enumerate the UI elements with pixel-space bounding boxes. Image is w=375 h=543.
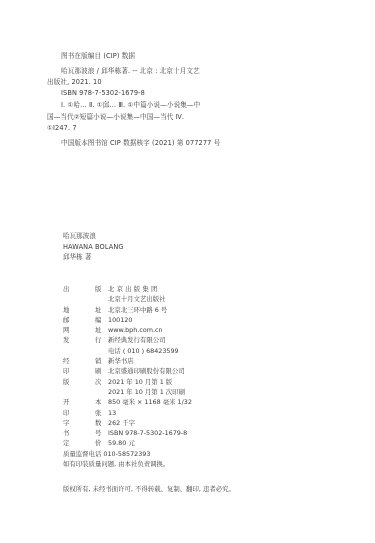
colophon-row-format: 开本 850 毫米 × 1168 毫米 1/32 [63,397,323,407]
row-value: 新经典发行有限公司 [108,335,323,345]
row-value: ISBN 978-7-5302-1679-8 [108,428,323,438]
row-value: www.bph.com.cn [108,325,323,335]
colophon-row-address: 地址 北京北三环中路 6 号 [63,305,323,315]
colophon-row-website: 网址 www.bph.com.cn [63,325,323,335]
row-value: 2021 年 10 月第 1 次印刷 [63,387,323,397]
row-value: 850 毫米 × 1168 毫米 1/32 [108,397,323,407]
colophon-row-price: 定价 59.80 元 [63,438,323,448]
row-label: 邮编 [63,315,108,325]
rights-notice: 版权所有, 未经书面许可, 不得转载、复制、翻印, 违者必究。 [63,484,235,493]
row-label: 版次 [63,377,108,387]
cip-line: Ⅰ. ①哈… Ⅱ. ①邱… Ⅲ. ①中篇小说—小说集—中 [61,101,200,110]
row-value: 北京出版集团 [108,284,323,294]
colophon-row-distributor: 发行 新经典发行有限公司 [63,335,323,345]
row-label: 网址 [63,325,108,335]
row-label: 印张 [63,408,108,418]
book-title-cn: 哈瓦那波浪 [63,231,124,242]
book-title-pinyin: HAWANA BOLANG [63,242,124,253]
colophon-row-sheets: 印张 13 [63,408,323,418]
row-label: 印刷 [63,366,108,376]
colophon-row-publisher: 出版 北京出版集团 [63,284,323,294]
quality-note: 如有印装质量问题, 由本社负责调换。 [63,459,323,469]
row-value: 59.80 元 [108,438,323,448]
row-value: 北京北三环中路 6 号 [108,305,323,315]
row-label: 发行 [63,335,108,345]
colophon-row-wordcount: 字数 262 千字 [63,418,323,428]
row-value: 电话 ( 010 ) 68423599 [63,346,323,356]
colophon-row-isbn: 书号 ISBN 978-7-5302-1679-8 [63,428,323,438]
book-author: 邱华栋 著 [63,252,124,263]
row-label: 开本 [63,397,108,407]
row-label: 出版 [63,284,108,294]
colophon-row-postcode: 邮编 100120 [63,315,323,325]
row-value: 100120 [108,315,323,325]
cip-line: 出版社, 2021. 10 [47,78,102,87]
cip-record-number: 中国版本图书馆 CIP 数据核字 (2021) 第 077277 号 [61,139,220,148]
row-label: 书号 [63,428,108,438]
cip-line: 国—当代②短篇小说—小说集—中国—当代 Ⅳ. [47,113,184,122]
quality-hotline: 质量监督电话 010-58572393 [63,449,323,459]
row-label: 经销 [63,356,108,366]
colophon-row-edition: 版次 2021 年 10 月第 1 版 [63,377,323,387]
cip-line: ①I247. 7 [47,124,77,133]
colophon-row-printer: 印刷 北京盛通印刷股份有限公司 [63,366,323,376]
row-value: 13 [108,408,323,418]
cip-line: 哈瓦那波浪 / 邱华栋著. -- 北京 : 北京十月文艺 [61,67,200,76]
row-value: 新华书店 [108,356,323,366]
colophon-row-printing: 2021 年 10 月第 1 次印刷 [63,387,323,397]
row-value: 北京十月文艺出版社 [63,294,323,304]
cip-line: ISBN 978-7-5302-1679-8 [61,89,145,98]
book-title-block: 哈瓦那波浪 HAWANA BOLANG 邱华栋 著 [63,231,124,263]
row-label: 定价 [63,438,108,448]
row-label: 字数 [63,418,108,428]
colophon-row-phone: 电话 ( 010 ) 68423599 [63,346,323,356]
colophon-row-publisher-2: 北京十月文艺出版社 [63,294,323,304]
row-label: 地址 [63,305,108,315]
cip-heading: 图书在版编目 (CIP) 数据 [61,52,135,61]
colophon: 出版 北京出版集团 北京十月文艺出版社 地址 北京北三环中路 6 号 邮编 10… [63,284,323,469]
row-value: 北京盛通印刷股份有限公司 [108,366,323,376]
row-value: 262 千字 [108,418,323,428]
row-value: 2021 年 10 月第 1 版 [108,377,323,387]
colophon-row-retailer: 经销 新华书店 [63,356,323,366]
